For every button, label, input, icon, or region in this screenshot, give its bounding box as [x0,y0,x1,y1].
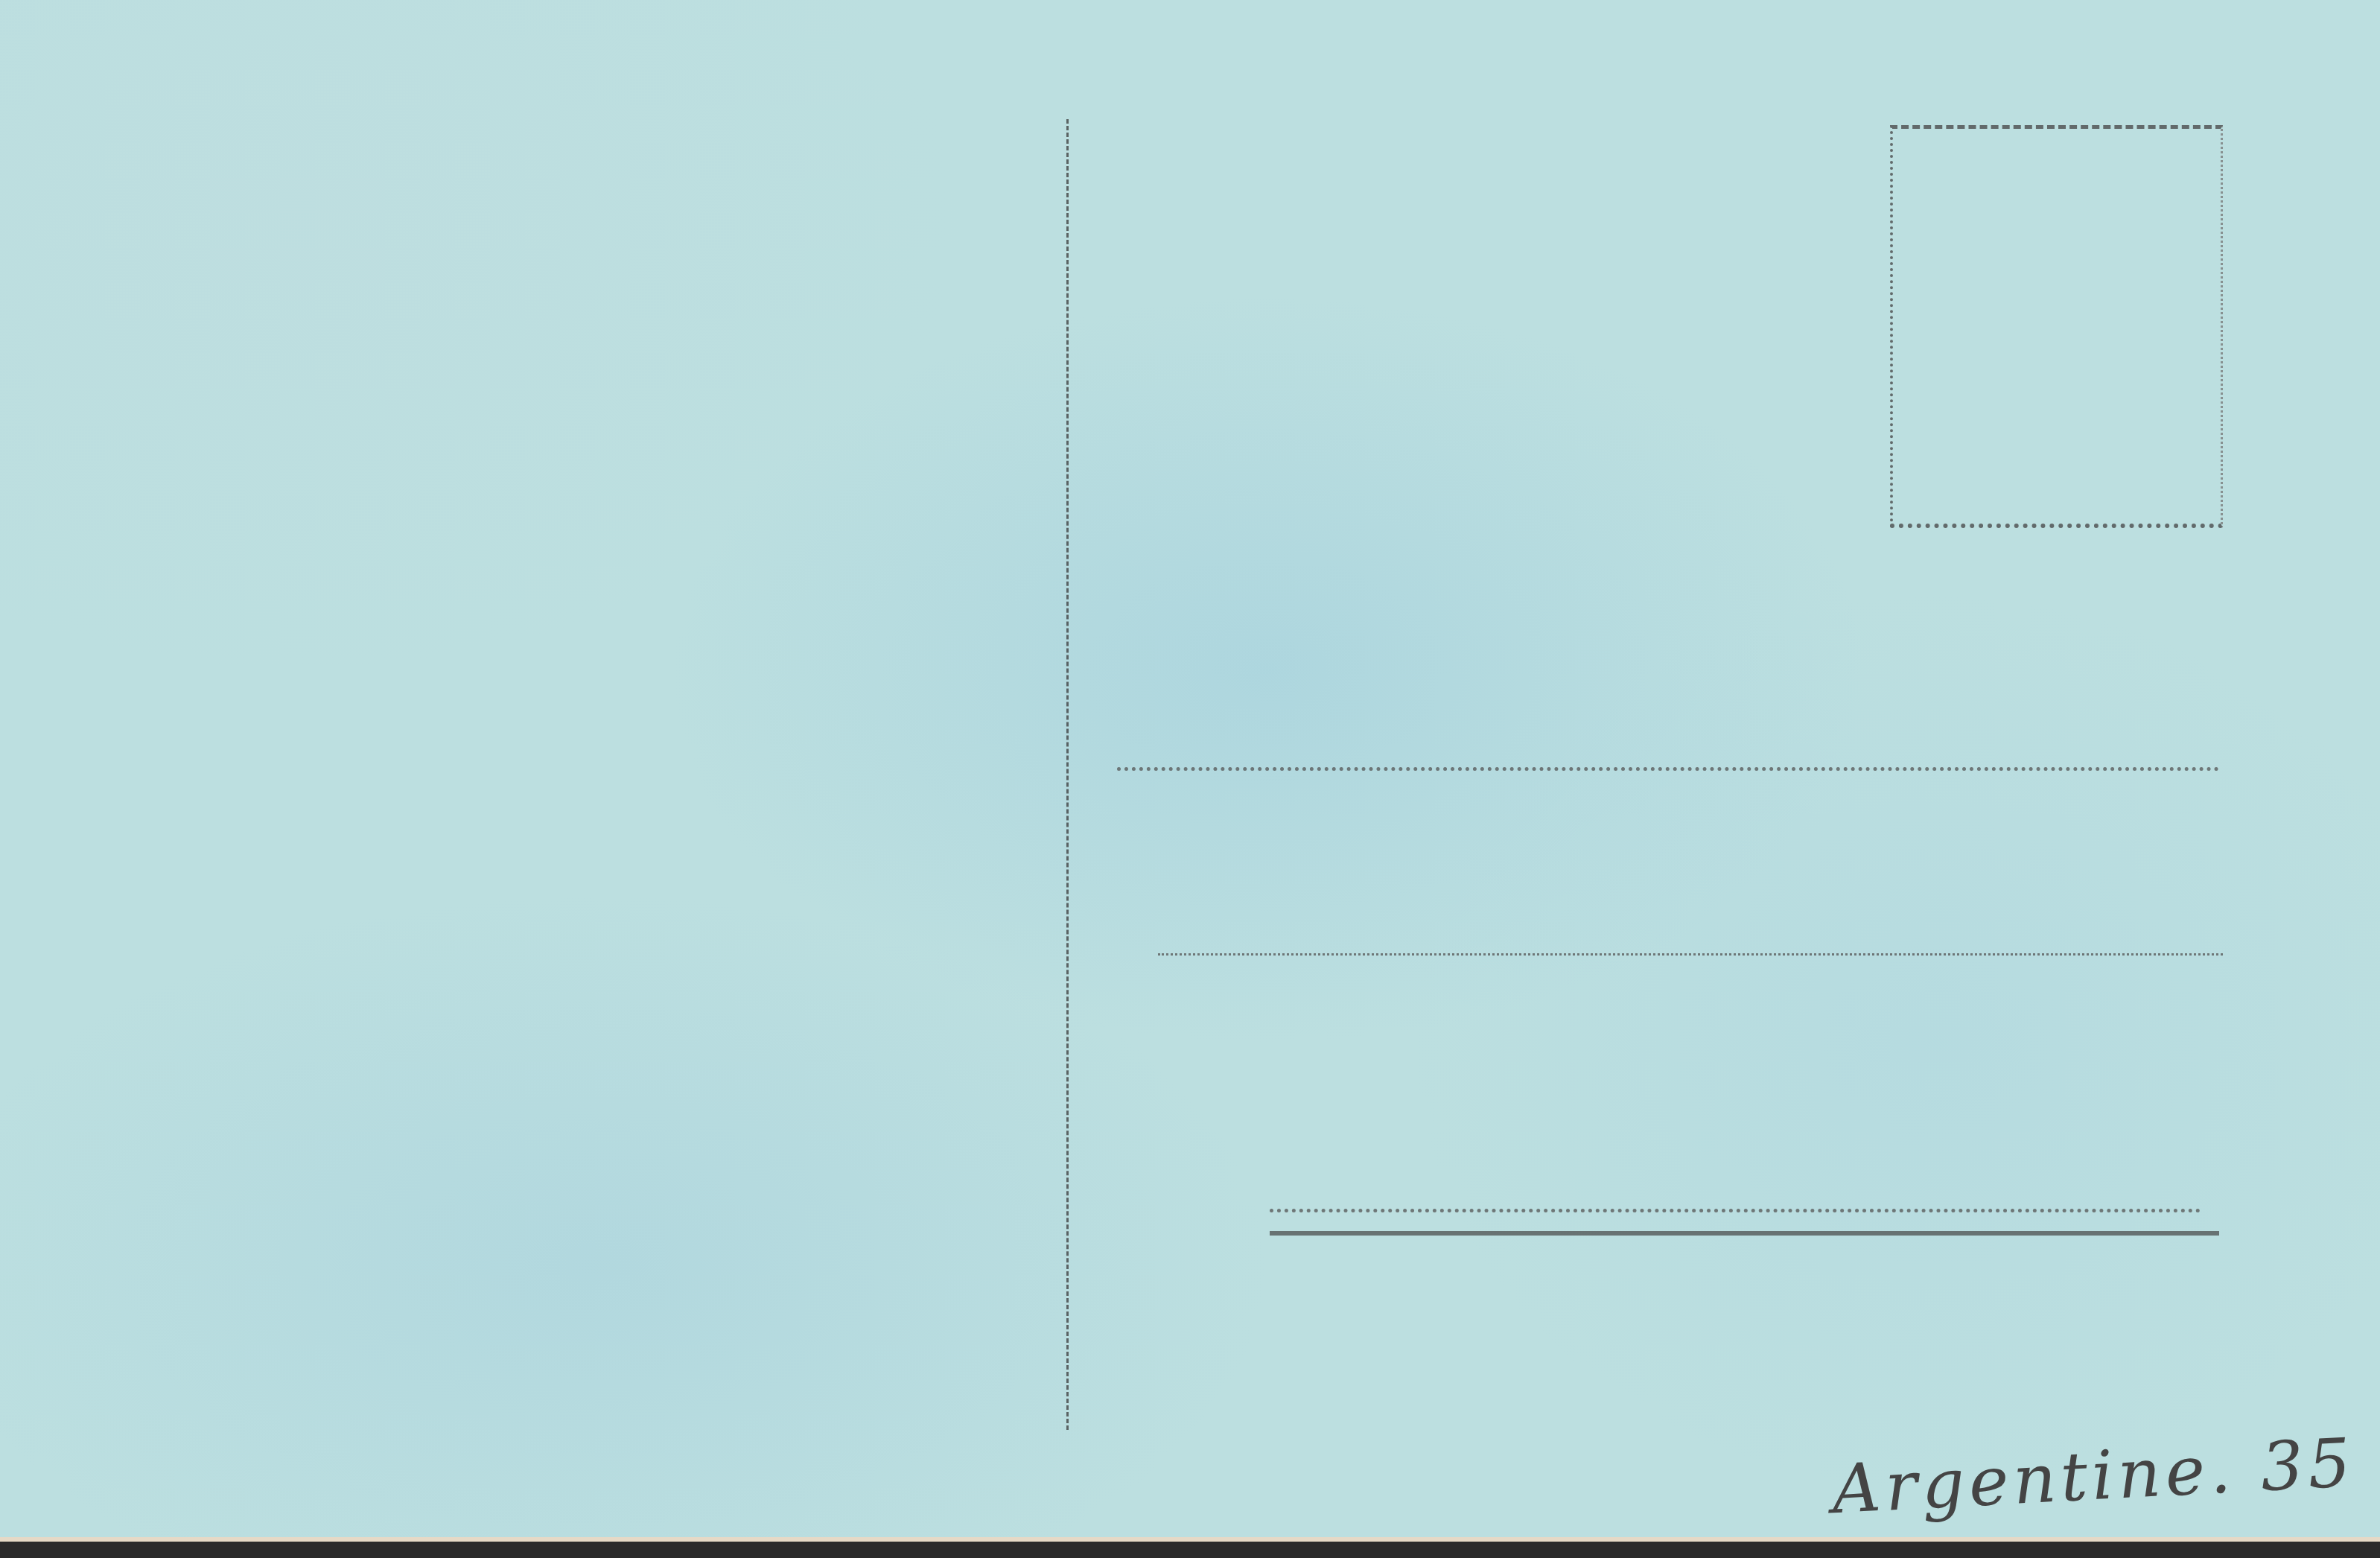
address-underline [1270,1231,2219,1236]
stamp-box [1890,125,2223,528]
center-divider-line [1066,119,1069,1430]
handwritten-note: Argentine. 35 [1830,1424,2357,1530]
card-edge [0,1537,2380,1542]
address-line-2 [1158,953,2223,956]
address-line-3 [1270,1209,2201,1212]
address-line-1 [1117,767,2219,771]
postcard-back: Argentine. 35 [0,0,2380,1540]
